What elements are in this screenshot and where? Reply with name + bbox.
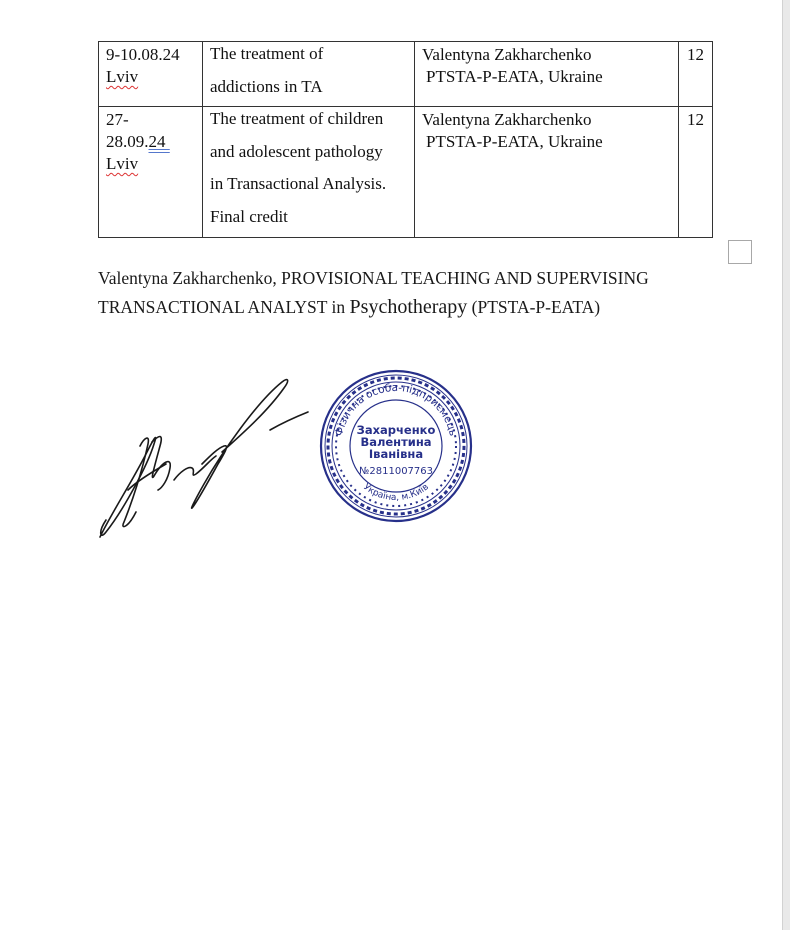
topic-line: The treatment of: [210, 44, 323, 63]
document-page: 9-10.08.24 Lviv The treatment of addicti…: [0, 0, 782, 930]
trainer-cell: Valentyna Zakharchenko PTSTA-P-EATA, Ukr…: [415, 42, 679, 107]
vertical-scrollbar[interactable]: [782, 0, 790, 930]
topic-line: in Transactional Analysis.: [210, 174, 386, 193]
stamp-registration-number: №2811007763: [359, 466, 433, 477]
hours-cell: 12: [679, 107, 713, 238]
date-cell: 9-10.08.24 Lviv: [99, 42, 203, 107]
topic-line: addictions in TA: [210, 77, 323, 96]
date-cell: 27- 28.09.24 Lviv: [99, 107, 203, 238]
date-text: 9-10.08.24: [106, 45, 180, 64]
statement-line2-suffix: (PTSTA-P-EATA): [467, 297, 600, 317]
city-text: Lviv: [106, 154, 138, 173]
hours-cell: 12: [679, 42, 713, 107]
statement-line1: Valentyna Zakharchenko, PROVISIONAL TEAC…: [98, 268, 649, 288]
topic-cell: The treatment of addictions in TA: [203, 42, 415, 107]
date-line-suffix: 24: [149, 132, 166, 151]
topic-line: The treatment of children: [210, 109, 383, 128]
text-boundary-box-icon[interactable]: [728, 240, 752, 264]
hours-value: 12: [687, 45, 704, 64]
statement-line2-big: Psychotherapy: [350, 296, 468, 318]
handwritten-signature-icon: [92, 372, 322, 552]
schedule-table: 9-10.08.24 Lviv The treatment of addicti…: [98, 41, 713, 238]
city-text: Lviv: [106, 67, 138, 86]
date-line-prefix: 28.09.: [106, 132, 149, 151]
topic-cell: The treatment of children and adolescent…: [203, 107, 415, 238]
statement-line2-prefix: TRANSACTIONAL ANALYST in: [98, 297, 350, 317]
topic-line: Final credit: [210, 207, 288, 226]
trainer-credentials: PTSTA-P-EATA, Ukraine: [422, 131, 672, 153]
table-row: 27- 28.09.24 Lviv The treatment of child…: [99, 107, 713, 238]
hours-value: 12: [687, 110, 704, 129]
trainer-name: Valentyna Zakharchenko: [422, 45, 591, 64]
stamp-name-line3: Іванівна: [369, 447, 423, 461]
official-stamp: Фізична особа-підприємець Україна, м.Киї…: [318, 368, 474, 529]
trainer-credentials: PTSTA-P-EATA, Ukraine: [422, 66, 672, 88]
trainer-name: Valentyna Zakharchenko: [422, 110, 591, 129]
closing-statement: Valentyna Zakharchenko, PROVISIONAL TEAC…: [98, 264, 738, 322]
topic-line: and adolescent pathology: [210, 142, 383, 161]
table-row: 9-10.08.24 Lviv The treatment of addicti…: [99, 42, 713, 107]
trainer-cell: Valentyna Zakharchenko PTSTA-P-EATA, Ukr…: [415, 107, 679, 238]
date-line: 27-: [106, 110, 129, 129]
